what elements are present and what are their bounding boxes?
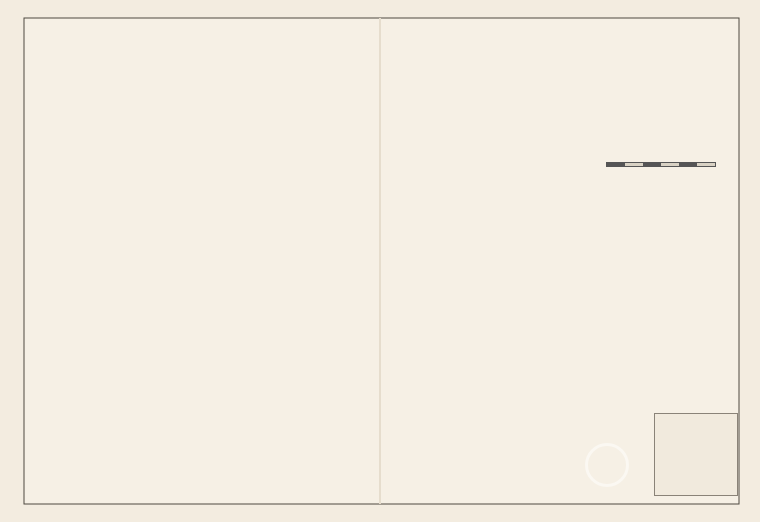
legend-explanations bbox=[654, 413, 738, 496]
map-plate bbox=[0, 0, 760, 522]
scale-bar bbox=[606, 160, 716, 167]
title-cartouche bbox=[608, 78, 718, 130]
scale-bar-graphic bbox=[606, 162, 716, 167]
watermark-registered-icon bbox=[585, 443, 629, 487]
